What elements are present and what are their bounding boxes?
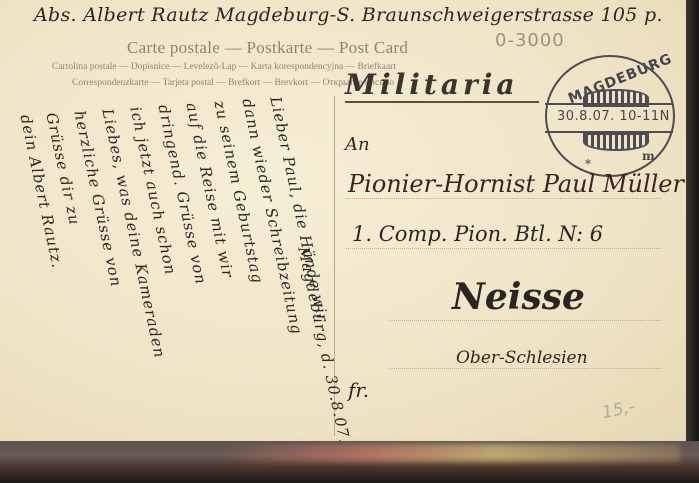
- address-rule-1: [346, 198, 661, 199]
- printed-header-title: Carte postale — Postkarte — Post Card: [127, 38, 408, 58]
- postmark-arc-bottom: [583, 133, 649, 151]
- postmark-date: 30.8.07. 10-11N: [557, 109, 670, 124]
- franking-mark: fr.: [348, 378, 369, 402]
- address-line-1: Pionier-Hornist Paul Müller: [348, 170, 684, 198]
- address-line-4: Ober-Schlesien: [456, 348, 588, 368]
- sleeve-reflection: [220, 444, 680, 462]
- postmark-star-icon: *: [585, 157, 591, 171]
- address-line-2: 1. Comp. Pion. Btl. N: 6: [352, 222, 603, 246]
- sender-address-handwriting: Abs. Albert Rautz Magdeburg-S. Braunschw…: [34, 4, 663, 26]
- address-rule-2: [346, 248, 661, 249]
- postmark: MAGDEBURG 30.8.07. 10-11N m *: [545, 55, 675, 177]
- postcard: Abs. Albert Rautz Magdeburg-S. Braunschw…: [0, 0, 688, 441]
- address-rule-3: [390, 320, 661, 321]
- militaria-stamp: Militaria: [345, 68, 539, 103]
- address-salutation: An: [345, 134, 370, 155]
- address-rule-4: [390, 368, 661, 369]
- postmark-suffix: m: [642, 149, 655, 163]
- sleeve-edge-right: [686, 0, 699, 483]
- message-area: Magdeburg, d. 30.8.07. Lieber Paul, die …: [30, 95, 310, 435]
- address-line-3: Neisse: [452, 276, 585, 318]
- pencil-price-code: 0-3000: [495, 30, 565, 51]
- pencil-bottom-price: 15,-: [600, 397, 637, 423]
- postmark-bar-top: [545, 103, 673, 105]
